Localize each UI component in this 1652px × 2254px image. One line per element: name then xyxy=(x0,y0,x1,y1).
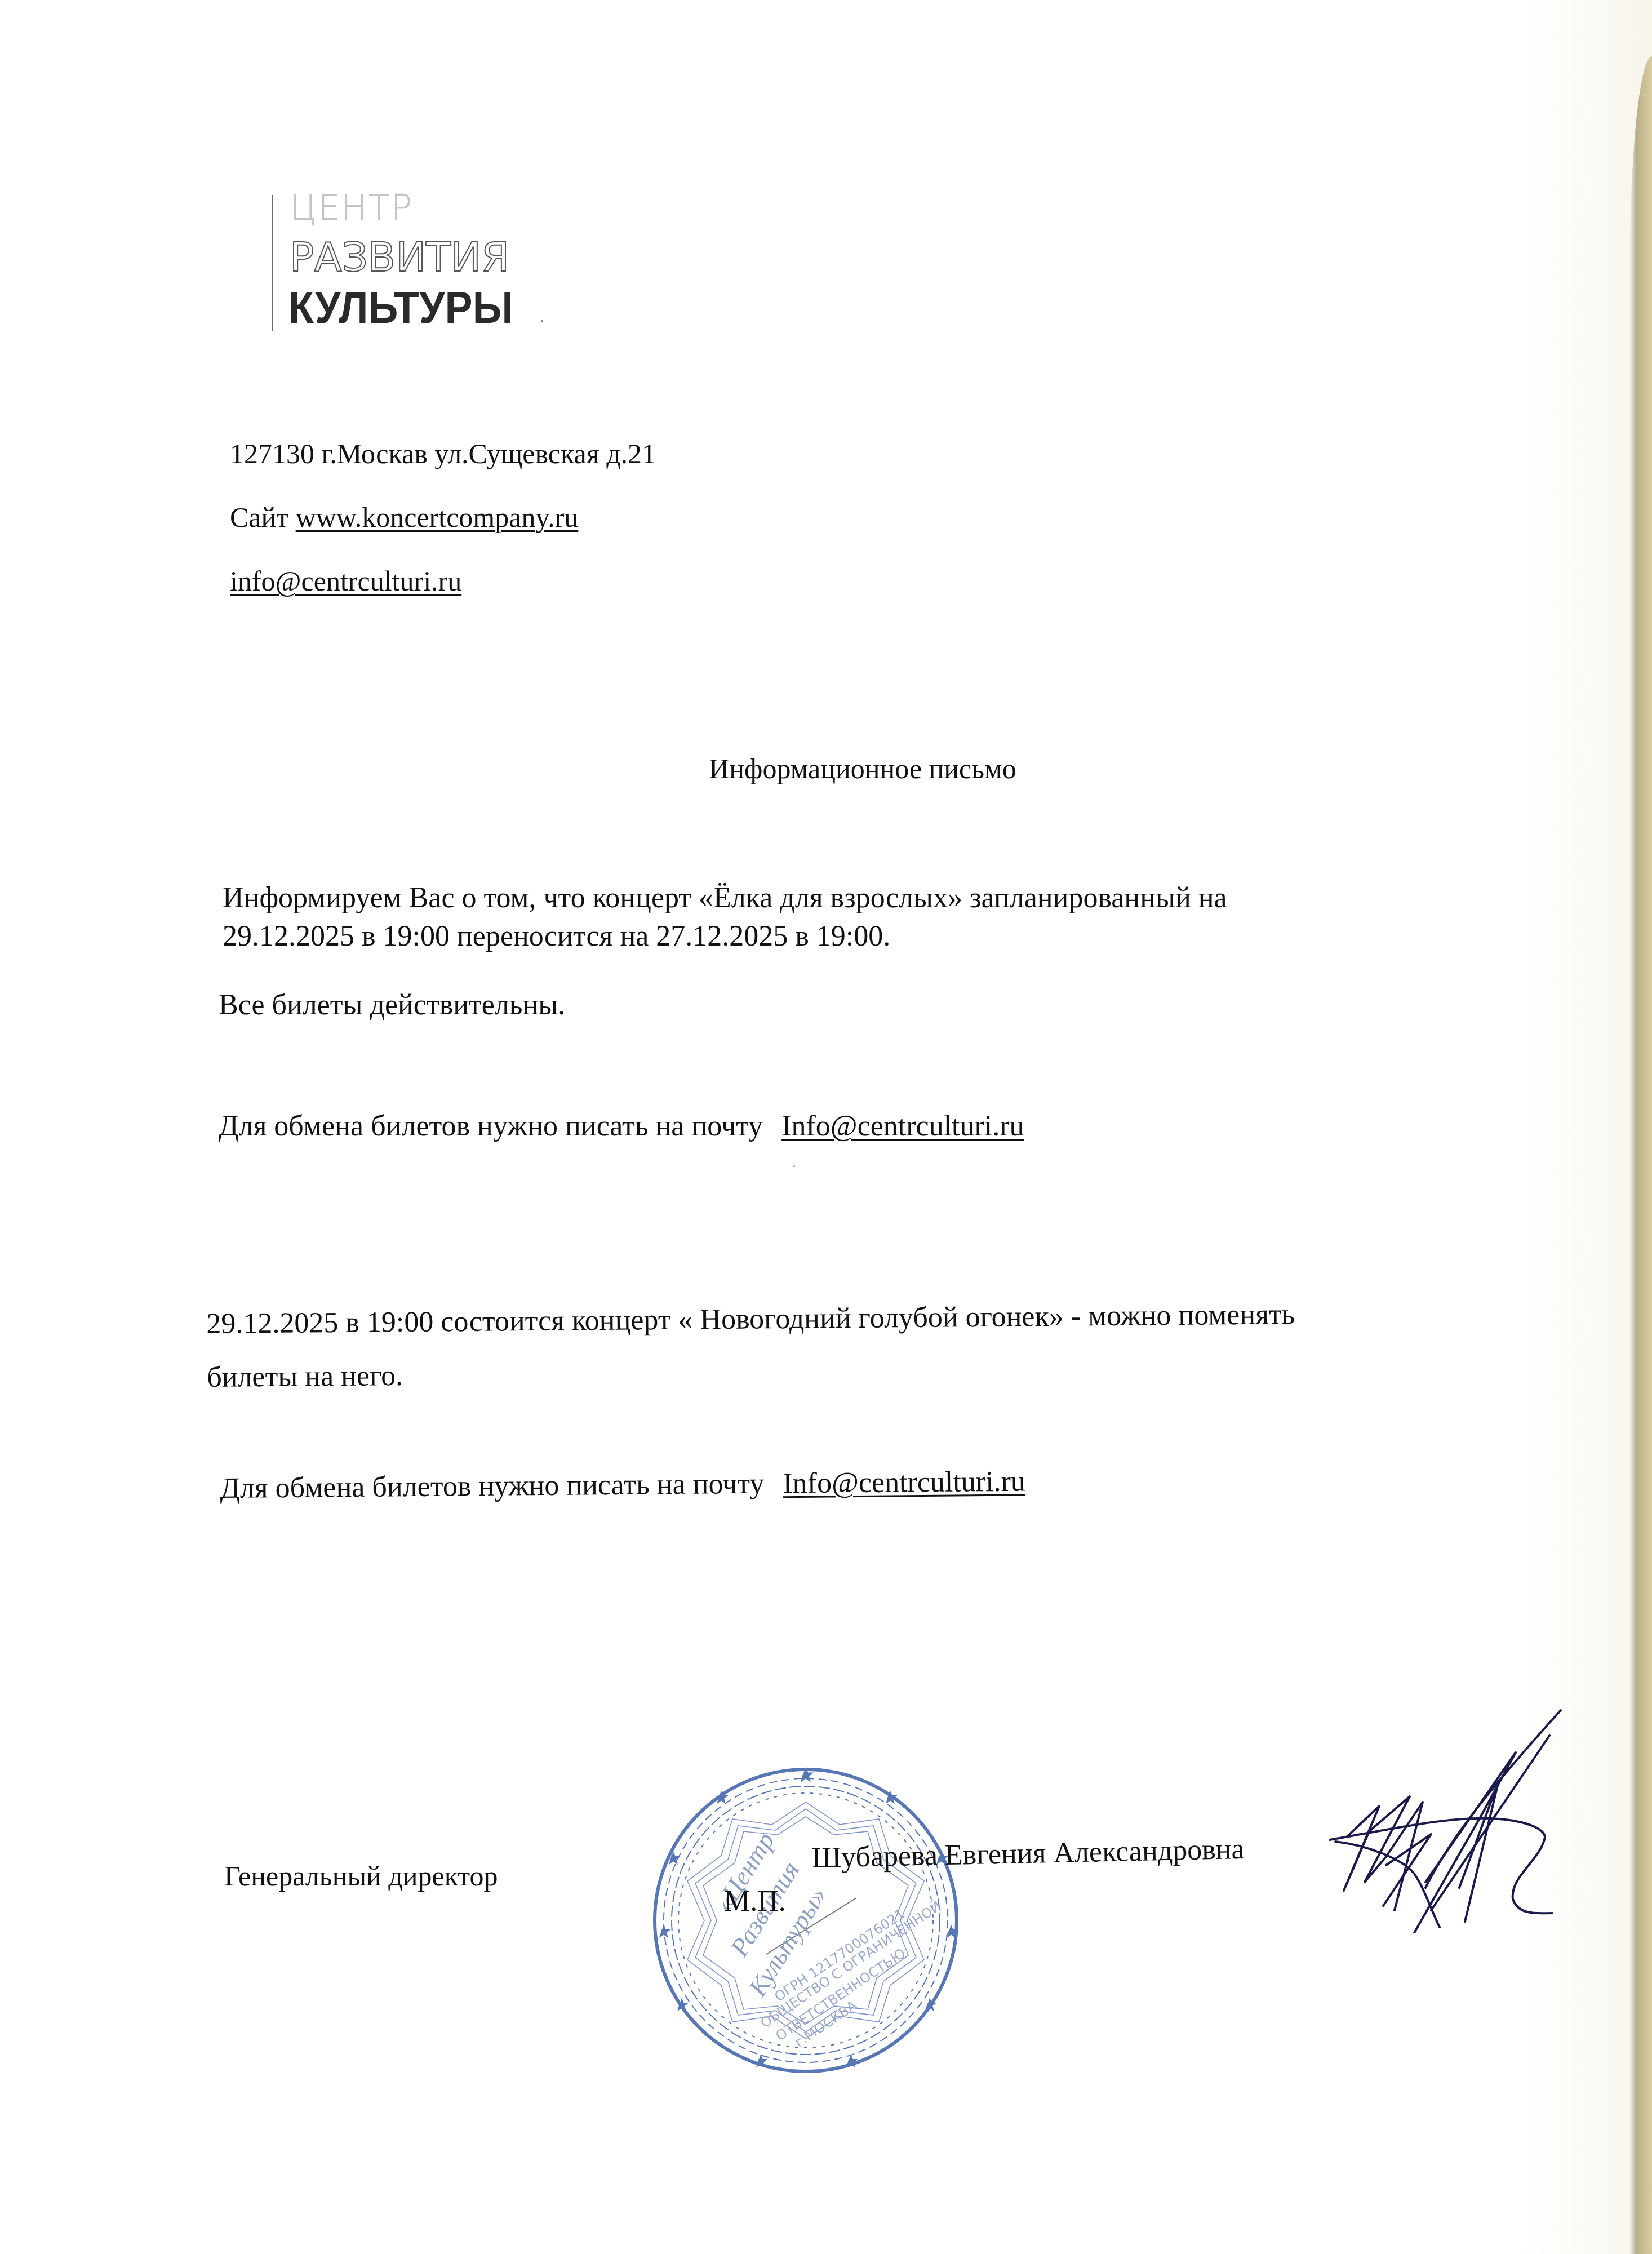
company-stamp: «Центр Развития Культуры» ОГРН 121770007… xyxy=(648,1763,963,2078)
handwritten-signature xyxy=(1307,1696,1600,1933)
document-page: ЦЕНТР РАЗВИТИЯ КУЛЬТУРЫ 127130 г.Москав … xyxy=(0,0,1652,2254)
contact-block: 127130 г.Москав ул.Сущевская д.21 Сайт w… xyxy=(230,440,656,631)
paragraph-new-concert-line1: 29.12.2025 в 19:00 состоится концерт « Н… xyxy=(206,1288,1295,1351)
paragraph-reschedule-line2: 29.12.2025 в 19:00 переносится на 27.12.… xyxy=(223,917,1227,956)
exchange-email-link-1[interactable]: Info@centrculturi.ru xyxy=(781,1110,1024,1142)
document-title: Информационное письмо xyxy=(0,752,1652,785)
paragraph-reschedule: Информируем Вас о том, что концерт «Ёлка… xyxy=(223,879,1227,956)
paragraph-new-concert-line2: билеты на него. xyxy=(207,1341,1296,1404)
paper-edge-shadow xyxy=(1629,56,1652,2254)
website-link[interactable]: www.koncertcompany.ru xyxy=(296,502,579,533)
seal-mark: М.П. xyxy=(724,1885,786,1918)
paragraph-exchange-1: Для обмена билетов нужно писать на почту… xyxy=(219,1107,1024,1146)
logo-vertical-bar xyxy=(272,195,273,331)
logo-line-culture: КУЛЬТУРЫ xyxy=(288,285,513,330)
email-link[interactable]: info@centrculturi.ru xyxy=(230,565,461,597)
exchange-email-link-2[interactable]: Info@centrculturi.ru xyxy=(783,1466,1025,1500)
address-line: 127130 г.Москав ул.Сущевская д.21 xyxy=(230,440,656,503)
paragraph-reschedule-line1: Информируем Вас о том, что концерт «Ёлка… xyxy=(223,879,1227,917)
scan-speck xyxy=(541,320,543,322)
exchange-text-2: Для обмена билетов нужно писать на почту xyxy=(220,1468,765,1505)
email-line: info@centrculturi.ru xyxy=(230,567,656,631)
website-line: Сайт www.koncertcompany.ru xyxy=(230,503,656,567)
logo-line-center: ЦЕНТР xyxy=(290,190,413,225)
exchange-text-1: Для обмена билетов нужно писать на почту xyxy=(219,1110,763,1142)
signatory-position: Генеральный директор xyxy=(224,1860,498,1892)
company-logo: ЦЕНТР РАЗВИТИЯ КУЛЬТУРЫ xyxy=(272,190,508,331)
paragraph-exchange-2: Для обмена билетов нужно писать на почту… xyxy=(220,1463,1025,1508)
website-label: Сайт xyxy=(230,502,288,533)
paragraph-new-concert: 29.12.2025 в 19:00 состоится концерт « Н… xyxy=(206,1288,1296,1404)
logo-line-development: РАЗВИТИЯ xyxy=(290,237,509,277)
scan-speck xyxy=(793,1165,795,1167)
paragraph-tickets-valid: Все билеты действительны. xyxy=(219,986,565,1024)
